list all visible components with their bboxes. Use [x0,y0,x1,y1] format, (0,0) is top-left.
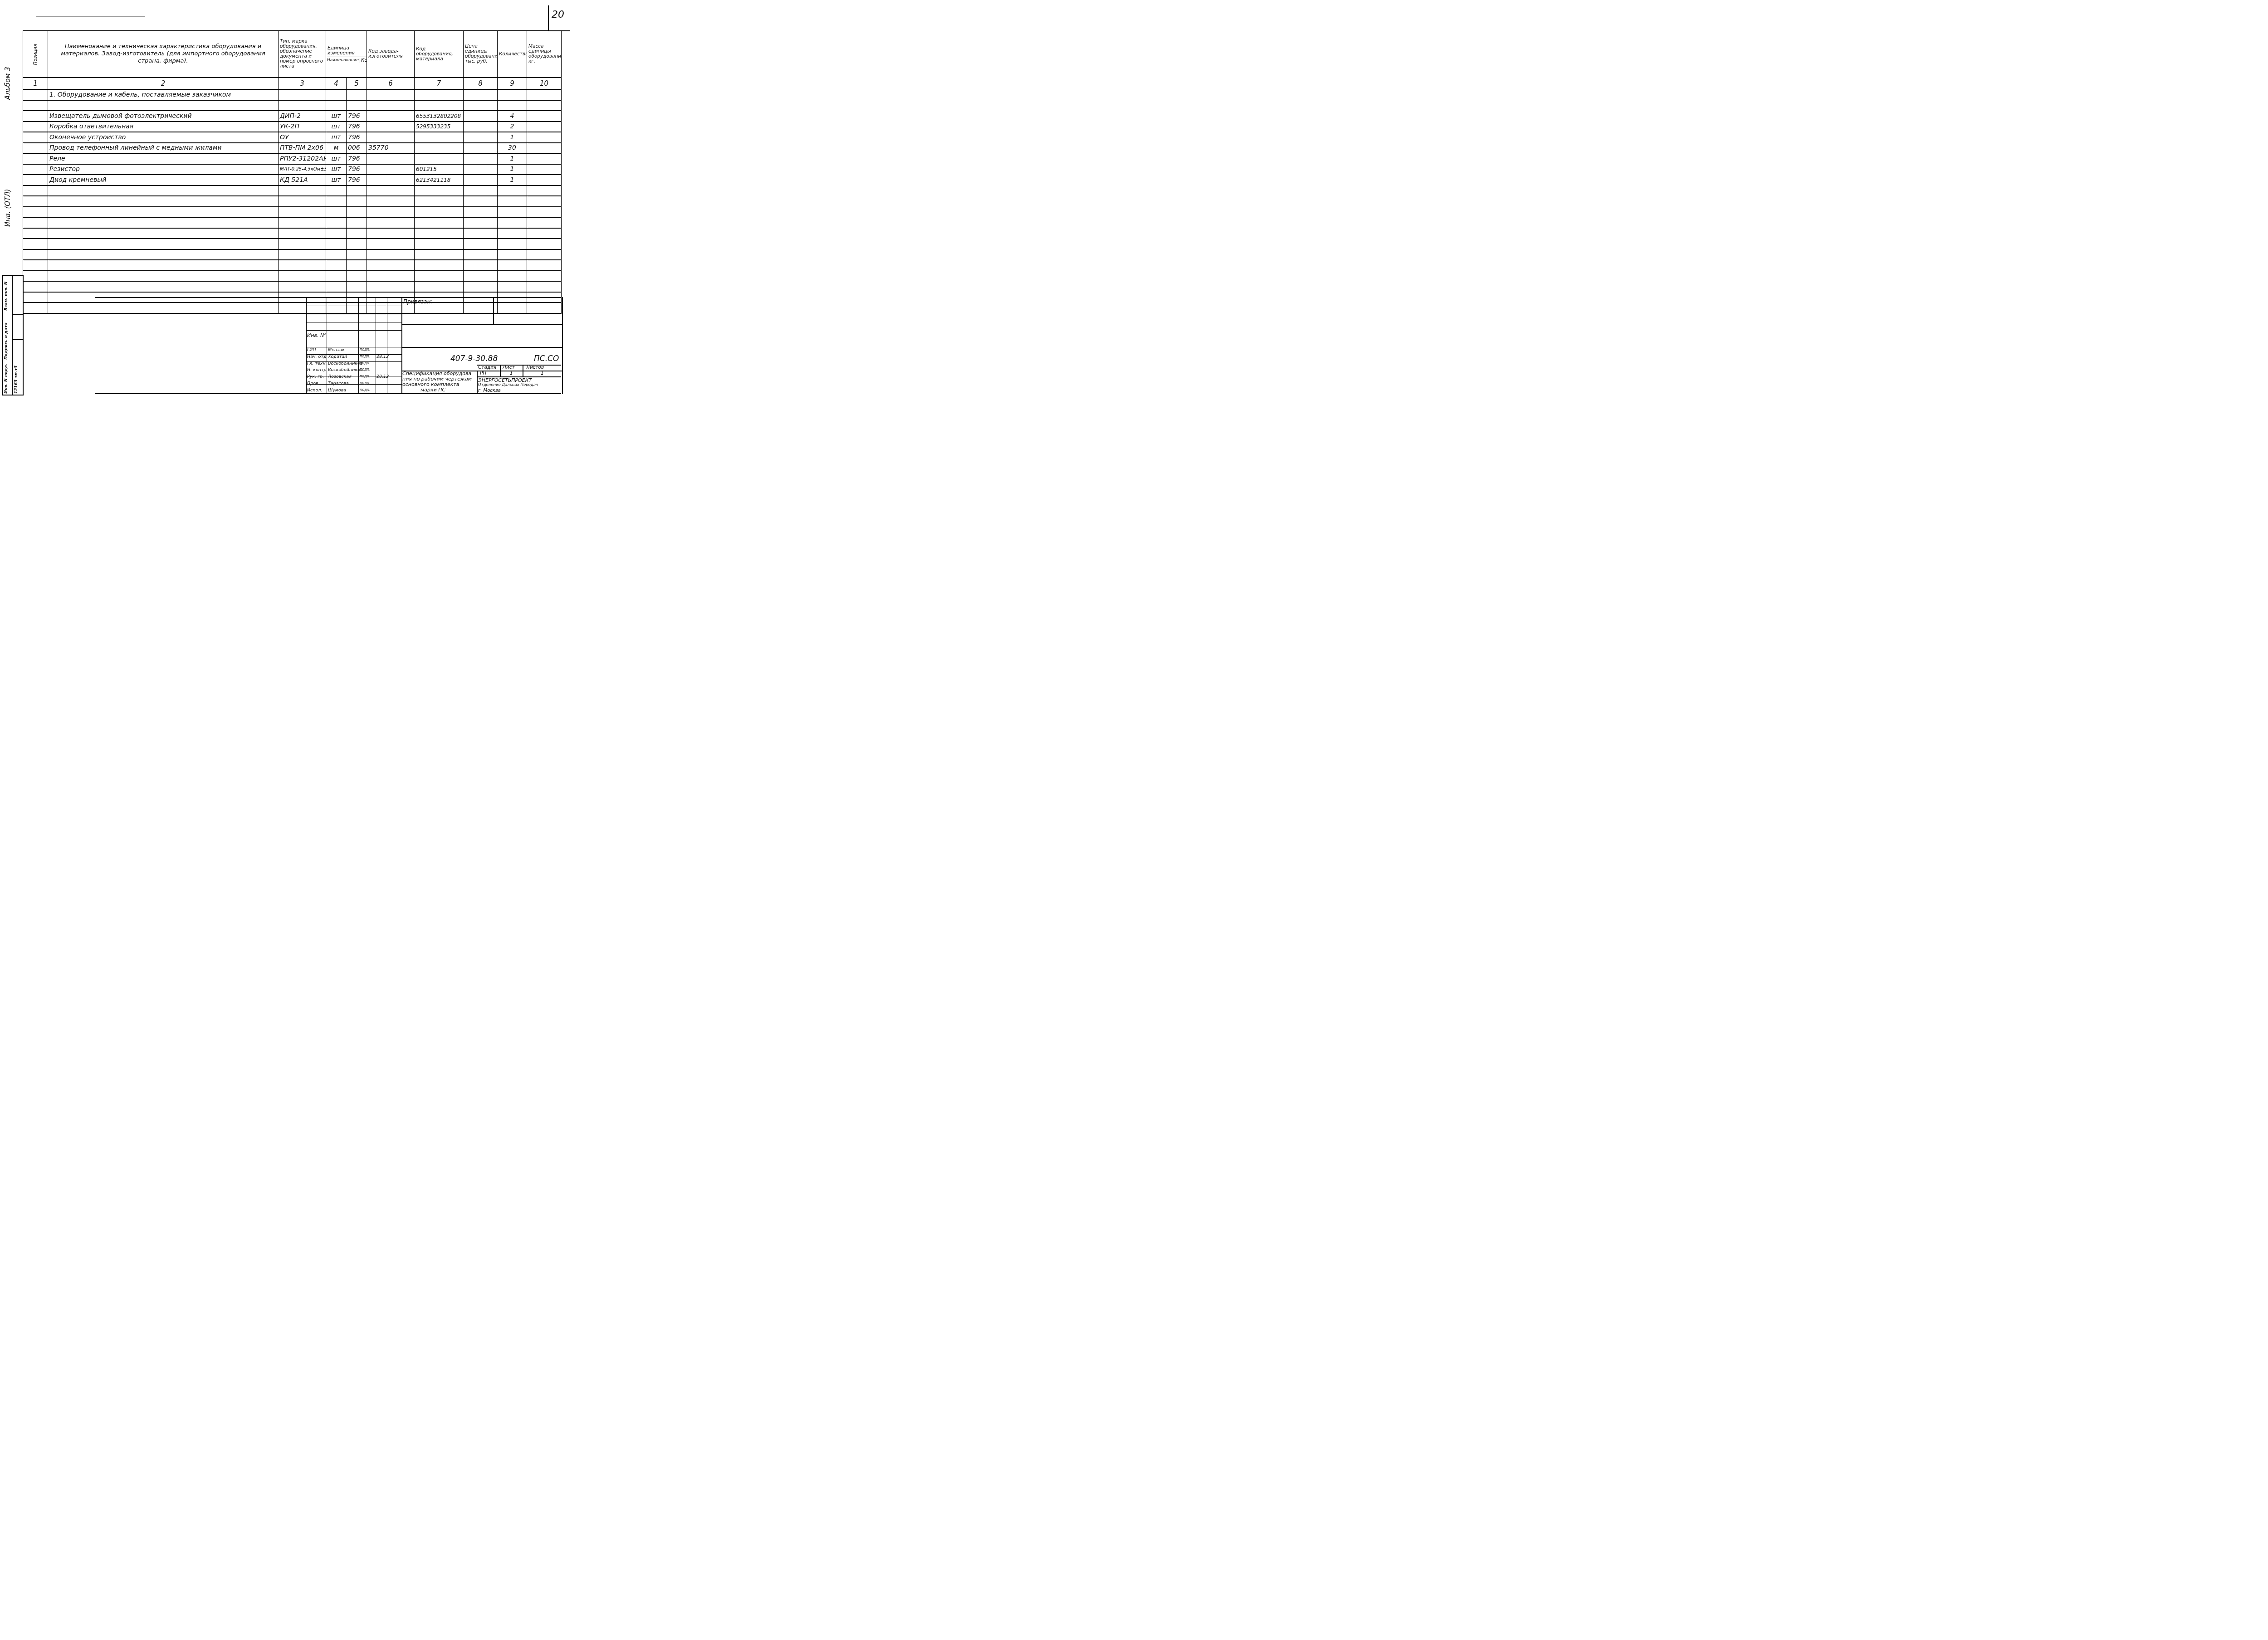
cell-unit_code [347,281,367,292]
table-row: Диод кремневыйКД 521Ашт79662134211181 [23,175,562,185]
cell-unit [326,207,347,218]
cell-unit: шт [326,164,347,175]
cell-unit [326,217,347,228]
signature-date: 28.12 [376,354,389,359]
cell-name [48,260,279,271]
cell-maker_code [367,249,415,260]
col-num: 6 [367,78,415,89]
cell-equip_code [415,239,464,249]
cell-equip_code [415,143,464,154]
cell-qty [498,89,527,100]
signature-date: 28.12 [376,374,389,379]
cell-equip_code [415,207,464,218]
cell-type: ДИП-2 [279,111,326,122]
cell-qty [498,196,527,207]
cell-qty [498,228,527,239]
cell-type [279,89,326,100]
cell-pos [23,185,48,196]
cell-maker_code [367,132,415,143]
header-position: Позиция [23,31,48,78]
cell-equip_code [415,185,464,196]
grid-line [387,297,387,394]
cell-maker_code [367,122,415,132]
signature-sign: подп. [360,374,370,378]
cell-unit [326,100,347,111]
signature-sign: подп. [360,367,370,371]
cell-type: КД 521А [279,175,326,185]
header-maker-code: Код завода-изготовителя [367,31,415,78]
empty-row [23,249,562,260]
grid-line [306,339,401,339]
cell-name [48,196,279,207]
cell-name [48,239,279,249]
cell-name: Резистор [48,164,279,175]
empty-row [23,207,562,218]
signature-role: Нач. отд. [307,354,328,359]
cell-name [48,185,279,196]
sheets-value: 1 [541,371,544,376]
cell-price [464,122,498,132]
cell-mass [527,143,562,154]
cell-maker_code [367,228,415,239]
cell-name [48,249,279,260]
cell-price [464,111,498,122]
cell-unit [326,228,347,239]
cell-mass [527,132,562,143]
header-unit-title: Единица измерения [326,45,367,57]
empty-row [23,217,562,228]
cell-price [464,207,498,218]
stamp-label-replace-inv: Взам. инв. N [4,277,9,311]
cell-pos [23,271,48,282]
cell-unit [326,249,347,260]
cell-mass [527,228,562,239]
cell-pos [23,281,48,292]
cell-pos [23,111,48,122]
cell-pos [23,89,48,100]
cell-unit [326,281,347,292]
cell-pos [23,228,48,239]
signature-name: Воскобойников [328,367,362,372]
cell-pos [23,217,48,228]
cell-equip_code [415,153,464,164]
cell-price [464,153,498,164]
col-num: 2 [48,78,279,89]
empty-row [23,185,562,196]
header-qty: Количество [498,31,527,78]
cell-unit_code [347,89,367,100]
cell-maker_code [367,100,415,111]
cell-unit: шт [326,132,347,143]
cell-qty [498,207,527,218]
cell-name [48,217,279,228]
signature-sign: подп. [360,354,370,358]
cell-mass [527,122,562,132]
sheet-label: Лист [503,365,515,370]
cell-unit [326,185,347,196]
cell-unit_code [347,207,367,218]
cell-price [464,239,498,249]
cell-unit_code [347,100,367,111]
cell-pos [23,143,48,154]
table-row: Извещатель дымовой фотоэлектрическийДИП-… [23,111,562,122]
margin-stamp: Инв. N подл. Подпись и дата Взам. инв. N… [2,275,24,395]
header-name: Наименование и техническая характеристик… [48,31,279,78]
cell-name: Оконечное устройство [48,132,279,143]
grid-line [327,297,327,394]
cell-maker_code [367,260,415,271]
col-num: 9 [498,78,527,89]
signature-role: ГИП [307,347,316,352]
cell-unit_code [347,228,367,239]
col-num: 1 [23,78,48,89]
grid-line [477,371,561,371]
cell-price [464,164,498,175]
grid-line [306,330,401,331]
table-row: РезисторМЛТ-0,25-4,3кОм±5%шт7966012151 [23,164,562,175]
cell-qty: 2 [498,122,527,132]
cell-name: Реле [48,153,279,164]
cell-unit_code: 006 [347,143,367,154]
header-price: Цена единицы оборудования, тыс. руб. [464,31,498,78]
cell-maker_code [367,217,415,228]
cell-equip_code [415,196,464,207]
cell-type [279,100,326,111]
grid-line [306,306,401,306]
cell-pos [23,175,48,185]
cell-unit [326,196,347,207]
cell-price [464,271,498,282]
cell-unit_code [347,249,367,260]
cell-mass [527,164,562,175]
cell-mass [527,175,562,185]
cell-unit: м [326,143,347,154]
cell-maker_code [367,196,415,207]
cell-qty: 1 [498,175,527,185]
org-city: г. Москва [478,388,501,393]
cell-pos [23,303,48,313]
margin-stamp-divider [12,314,23,315]
cell-pos [23,249,48,260]
stamp-label-sign-date: Подпись и дата [4,312,9,360]
cell-maker_code [367,271,415,282]
signature-sign: подп. [360,347,370,351]
col-num: 10 [527,78,562,89]
stage-value: РП [480,371,486,376]
col-num: 3 [279,78,326,89]
cell-price [464,196,498,207]
cell-pos [23,292,48,303]
cell-qty [498,260,527,271]
cell-maker_code [367,164,415,175]
cell-type: ОУ [279,132,326,143]
grid-line [493,297,494,324]
cell-qty [498,281,527,292]
header-unit-group: Единица измерения Наименование Код [326,31,367,78]
cell-price [464,281,498,292]
cell-pos [23,132,48,143]
cell-unit [326,260,347,271]
cell-unit [326,239,347,249]
cell-price [464,185,498,196]
cell-type [279,271,326,282]
sheet-number: 20 [552,9,564,20]
cell-unit_code [347,239,367,249]
col-num: 4 [326,78,347,89]
inv-label: Инв. N° [307,332,327,338]
signature-name: Ходатай [328,354,347,359]
cell-name [48,271,279,282]
empty-row [23,228,562,239]
cell-type [279,185,326,196]
signature-name: Воскобойников [328,361,362,366]
cell-name: Извещатель дымовой фотоэлектрический [48,111,279,122]
signature-name: Шумова [328,388,346,393]
cell-mass [527,281,562,292]
cell-maker_code [367,185,415,196]
signature-role: Гл. техн. [307,361,327,366]
cell-mass [527,89,562,100]
cell-mass [527,249,562,260]
cell-mass [527,153,562,164]
empty-row [23,271,562,282]
cell-unit_code [347,217,367,228]
cell-unit_code [347,196,367,207]
cell-unit_code [347,260,367,271]
empty-row [23,239,562,249]
cell-type [279,239,326,249]
cell-name [48,100,279,111]
cell-equip_code [415,260,464,271]
cell-mass [527,271,562,282]
grid-line [358,297,359,394]
cell-equip_code [415,100,464,111]
album-label: Альбом 3 [4,36,12,100]
stage-label: Стадия [478,365,496,370]
cell-name [48,281,279,292]
header-row: Позиция Наименование и техническая харак… [23,31,562,78]
col-num: 7 [415,78,464,89]
signature-sign: подп. [360,381,370,385]
cell-name [48,207,279,218]
cell-qty [498,239,527,249]
cell-qty [498,249,527,260]
table-row: Оконечное устройствоОУшт7961 [23,132,562,143]
empty-row [23,281,562,292]
cell-type [279,207,326,218]
sheet-value: 1 [510,371,513,376]
cell-type: МЛТ-0,25-4,3кОм±5% [279,164,326,175]
cell-maker_code [367,281,415,292]
top-rule [36,16,145,17]
grid-line [402,347,562,348]
cell-qty [498,217,527,228]
cell-name [48,228,279,239]
cell-qty: 30 [498,143,527,154]
cell-maker_code [367,89,415,100]
table-row: РелеРПУ2-31202АУ3шт7961 [23,153,562,164]
doc-description: Спецификация оборудова- ния по рабочим ч… [402,371,475,393]
cell-equip_code [415,271,464,282]
signature-sign: подп. [360,388,370,392]
cell-qty: 4 [498,111,527,122]
specification-table: Позиция Наименование и техническая харак… [23,30,562,314]
header-equip-code: Код оборудования, материала [415,31,464,78]
header-unit-name: Наименование [326,58,360,63]
column-number-row: 1 2 3 4 5 6 7 8 9 10 [23,78,562,89]
cell-type: РПУ2-31202АУ3 [279,153,326,164]
signature-role: Испол. [307,388,322,393]
desc-line: марки ПС [402,387,475,393]
margin-stamp-divider [12,339,23,340]
cell-maker_code [367,111,415,122]
inv-stamp: Инв. (ОТЛ) [4,154,12,227]
signature-sign: подп. [360,361,370,365]
grid-line [306,322,401,322]
cell-qty [498,185,527,196]
cell-type [279,217,326,228]
cell-type: ПТВ-ПМ 2х06 [279,143,326,154]
cell-mass [527,196,562,207]
cell-unit_code: 796 [347,153,367,164]
cell-mass [527,260,562,271]
cell-equip_code: 6553132802208 [415,111,464,122]
bound-label: Привязан: [403,298,432,305]
stamp-label-inv-orig: Инв. N подл. [4,362,9,394]
cell-price [464,100,498,111]
cell-unit [326,271,347,282]
table-row: Коробка ответвительнаяУК-2Пшт79652953332… [23,122,562,132]
cell-equip_code [415,281,464,292]
signature-name: Мензак [328,347,345,352]
cell-mass [527,217,562,228]
cell-pos [23,153,48,164]
grid-line [306,314,401,314]
cell-price [464,89,498,100]
section-heading-row: 1. Оборудование и кабель, поставляемые з… [23,89,562,100]
cell-price [464,217,498,228]
empty-row [23,260,562,271]
cell-unit_code [347,271,367,282]
cell-unit: шт [326,111,347,122]
cell-pos [23,164,48,175]
cell-unit: шт [326,175,347,185]
cell-qty: 1 [498,132,527,143]
table-row: Провод телефонный линейный с медными жил… [23,143,562,154]
cell-maker_code [367,153,415,164]
cell-unit_code: 796 [347,164,367,175]
cell-price [464,260,498,271]
cell-qty: 1 [498,153,527,164]
grid-line [306,347,401,347]
cell-type [279,196,326,207]
grid-line [523,365,523,376]
cell-qty [498,271,527,282]
cell-equip_code [415,89,464,100]
cell-pos [23,260,48,271]
cell-type [279,249,326,260]
sheets-label: Листов [526,365,544,370]
cell-mass [527,207,562,218]
stage-org-block: Стадия Лист Листов РП 1 1 ЭНЕРГОСЕТЬПРОЕ… [477,365,561,394]
grid-line [376,297,376,394]
cell-unit_code: 796 [347,175,367,185]
cell-price [464,249,498,260]
inv-number: 12163 тм-т3 [14,362,19,394]
cell-mass [527,185,562,196]
signature-name: Лозовская [328,374,352,379]
cell-equip_code [415,249,464,260]
grid-line [500,365,501,376]
cell-equip_code: 5295333235 [415,122,464,132]
signature-role: Рук. гр. [307,374,324,379]
cell-pos [23,239,48,249]
table-row [23,100,562,111]
doc-mark: ПС.СО [534,354,559,363]
cell-maker_code [367,175,415,185]
signature-name: Тарасова [328,381,349,386]
signature-role: Н. контр. [307,367,328,372]
cell-equip_code [415,132,464,143]
cell-mass [527,111,562,122]
empty-row [23,196,562,207]
cell-unit [326,89,347,100]
cell-price [464,132,498,143]
doc-code: 407-9-30.88 [450,354,498,363]
cell-type: УК-2П [279,122,326,132]
cell-unit: шт [326,122,347,132]
col-num: 8 [464,78,498,89]
header-unit-code: Код [360,58,367,63]
cell-unit_code [347,185,367,196]
cell-equip_code: 601215 [415,164,464,175]
cell-equip_code [415,228,464,239]
cell-unit_code: 796 [347,132,367,143]
cell-unit_code: 796 [347,111,367,122]
cell-maker_code: 35770 [367,143,415,154]
cell-price [464,143,498,154]
header-mass: Масса единицы оборудования, кг. [527,31,562,78]
cell-type [279,281,326,292]
cell-name: Диод кремневый [48,175,279,185]
cell-pos [23,122,48,132]
cell-maker_code [367,239,415,249]
header-type: Тип, марка оборудования, обозначение док… [279,31,326,78]
cell-equip_code: 6213421118 [415,175,464,185]
cell-name: 1. Оборудование и кабель, поставляемые з… [48,89,279,100]
cell-type [279,260,326,271]
cell-pos [23,100,48,111]
cell-unit_code: 796 [347,122,367,132]
cell-mass [527,100,562,111]
org-division: Отделение Дальних Передач [478,383,538,387]
cell-name: Коробка ответвительная [48,122,279,132]
cell-price [464,228,498,239]
grid-line [402,324,562,325]
col-num: 5 [347,78,367,89]
cell-equip_code [415,217,464,228]
cell-unit: шт [326,153,347,164]
cell-type [279,228,326,239]
signature-grid: Инв. N° ГИПМензакподп.Нач. отд.Ходатайпо… [306,297,401,394]
cell-maker_code [367,207,415,218]
cell-pos [23,207,48,218]
cell-price [464,175,498,185]
grid-line [306,384,401,385]
cell-name: Провод телефонный линейный с медными жил… [48,143,279,154]
signature-role: Пров. [307,381,320,386]
grid-line [306,297,307,394]
